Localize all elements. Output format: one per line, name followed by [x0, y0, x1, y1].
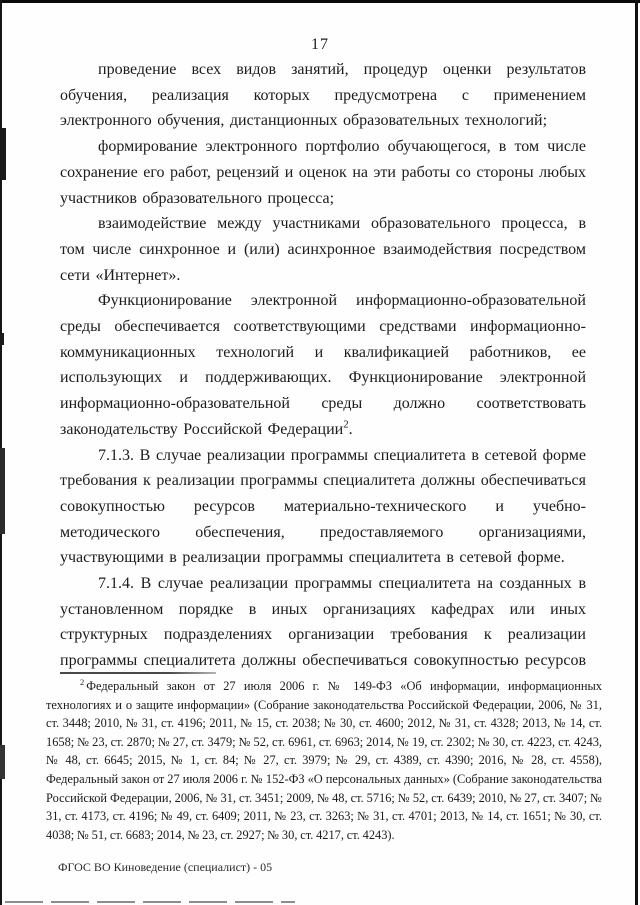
paragraph-text: взаимодействие между участниками образов…: [60, 215, 586, 283]
document-footer: ФГОС ВО Киноведение (специалист) - 05: [58, 860, 272, 875]
document-page: 17 проведение всех видов занятий, процед…: [0, 0, 640, 905]
footnote-separator-rule: [60, 672, 216, 674]
paragraph-eportfolio: формирование электронного портфолио обуч…: [60, 134, 586, 211]
scan-artifact: [0, 745, 5, 779]
page-number: 17: [0, 36, 640, 54]
scan-artifact: [0, 128, 6, 180]
footnote-paragraph: 2Федеральный закон от 27 июля 2006 г. № …: [46, 677, 602, 844]
footnote-block: 2Федеральный закон от 27 июля 2006 г. № …: [46, 677, 602, 844]
paragraph-interaction: взаимодействие между участниками образов…: [60, 211, 586, 288]
paragraph-text: проведение всех видов занятий, процедур …: [60, 61, 586, 129]
scan-edge-right: [635, 0, 638, 905]
document-body: проведение всех видов занятий, процедур …: [60, 57, 586, 669]
paragraph-conduct-classes: проведение всех видов занятий, процедур …: [60, 57, 586, 134]
scan-edge-bottom: [5, 901, 295, 903]
paragraph-text: .: [349, 421, 353, 438]
footer-label: ФГОС ВО Киноведение (специалист) - 05: [58, 860, 272, 874]
footnote-marker: 2: [80, 677, 84, 687]
paragraph-eios-functioning: Функционирование электронной информацион…: [60, 288, 586, 442]
paragraph-text: формирование электронного портфолио обуч…: [60, 138, 586, 206]
paragraph-7-1-3: 7.1.3. В случае реализации программы спе…: [60, 443, 586, 572]
paragraph-text: Функционирование электронной информацион…: [60, 292, 586, 438]
paragraph-text: 7.1.4. В случае реализации программы спе…: [60, 575, 586, 669]
scan-artifact: [0, 448, 5, 534]
scan-artifact: [0, 333, 4, 345]
footnote-text: Федеральный закон от 27 июля 2006 г. № 1…: [46, 679, 602, 842]
paragraph-7-1-4: 7.1.4. В случае реализации программы спе…: [60, 571, 586, 669]
paragraph-text: 7.1.3. В случае реализации программы спе…: [60, 447, 586, 567]
scan-edge-top: [0, 0, 640, 3]
